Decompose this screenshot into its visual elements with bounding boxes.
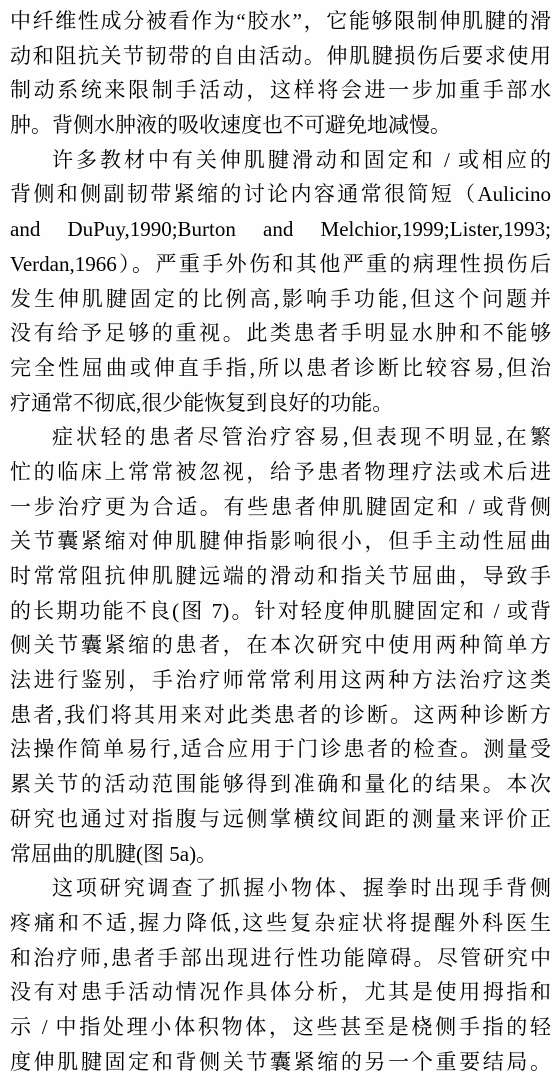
paragraph-textbooks-citations: 许多教材中有关伸肌腱滑动和固定和 / 或相应的 背侧和侧副韧带紧缩的讨论内容通常…: [10, 143, 551, 421]
document-page: 中纤维性成分被看作为“胶水”，它能够限制伸肌腱的滑 动和阻抗关节韧带的自由活动。…: [0, 0, 560, 1079]
text-line: 发生伸肌腱固定的比例高,影响手功能,但这个问题并: [10, 282, 551, 317]
paragraph-mild-symptoms-diagnosis: 症状轻的患者尽管治疗容易,但表现不明显,在繁 忙的临床上常常被忽视，给予患者物理…: [10, 420, 551, 871]
text-line: 许多教材中有关伸肌腱滑动和固定和 / 或相应的: [10, 143, 551, 178]
text-line: 完全性屈曲或伸直手指,所以患者诊断比较容易,但治: [10, 351, 551, 386]
text-line: Verdan,1966）。严重手外伤和其他严重的病理性损伤后: [10, 247, 551, 282]
text-line: 累关节的活动范围能够得到准确和量化的结果。本次: [10, 767, 551, 802]
paragraph-glue-water: 中纤维性成分被看作为“胶水”，它能够限制伸肌腱的滑 动和阻抗关节韧带的自由活动。…: [10, 4, 551, 143]
text-line: 法进行鉴别，手治疗师常常利用这两种方法治疗这类: [10, 663, 551, 698]
text-line: 症状轻的患者尽管治疗容易,但表现不明显,在繁: [10, 420, 551, 455]
text-line: 忙的临床上常常被忽视，给予患者物理疗法或术后进: [10, 455, 551, 490]
text-line: 研究也通过对指腹与远侧掌横纹间距的测量来评价正: [10, 802, 551, 837]
text-line: 常屈曲的肌腱(图 5a)。: [10, 837, 551, 872]
text-line: 示 / 中指处理小体积物体，这些甚至是桡侧手指的轻: [10, 1010, 551, 1045]
text-line: 没有给予足够的重视。此类患者手明显水肿和不能够: [10, 316, 551, 351]
text-line: 侧关节囊紧缩的患者，在本次研究中使用两种简单方: [10, 628, 551, 663]
text-line: 没有对患手活动情况作具体分析，尤其是使用拇指和: [10, 975, 551, 1010]
text-line: 制动系统来限制手活动，这样将会进一步加重手部水: [10, 73, 551, 108]
text-line: 一步治疗更为合适。有些患者伸肌腱固定和 / 或背侧: [10, 490, 551, 525]
text-line: 背侧和侧副韧带紧缩的讨论内容通常很简短（Aulicino: [10, 177, 551, 212]
text-line: 肿。背侧水肿液的吸收速度也不可避免地减慢。: [10, 108, 551, 143]
citation-line: and DuPuy,1990;Burton and Melchior,1999;…: [10, 212, 551, 247]
text-line: 中纤维性成分被看作为“胶水”，它能够限制伸肌腱的滑: [10, 4, 551, 39]
text-line: 这项研究调查了抓握小物体、握拳时出现手背侧: [10, 871, 551, 906]
text-line: 动和阻抗关节韧带的自由活动。伸肌腱损伤后要求使用: [10, 39, 551, 74]
text-line: 和治疗师,患者手部出现进行性功能障碍。尽管研究中: [10, 941, 551, 976]
text-line: 疼痛和不适,握力降低,这些复杂症状将提醒外科医生: [10, 906, 551, 941]
text-line: 时常常阻抗伸肌腱远端的滑动和指关节屈曲，导致手: [10, 559, 551, 594]
text-line: 法操作简单易行,适合应用于门诊患者的检查。测量受: [10, 732, 551, 767]
text-line: 患者,我们将其用来对此类患者的诊断。这两种诊断方: [10, 698, 551, 733]
paragraph-grip-study-outcome: 这项研究调查了抓握小物体、握拳时出现手背侧 疼痛和不适,握力降低,这些复杂症状将…: [10, 871, 551, 1079]
text-line: 疗通常不彻底,很少能恢复到良好的功能。: [10, 386, 551, 421]
text-line: 关节囊紧缩对伸肌腱伸指影响很小，但手主动性屈曲: [10, 524, 551, 559]
text-line: 度伸肌腱固定和背侧关节囊紧缩的另一个重要结局。: [10, 1045, 551, 1079]
text-line: 的长期功能不良(图 7)。针对轻度伸肌腱固定和 / 或背: [10, 594, 551, 629]
